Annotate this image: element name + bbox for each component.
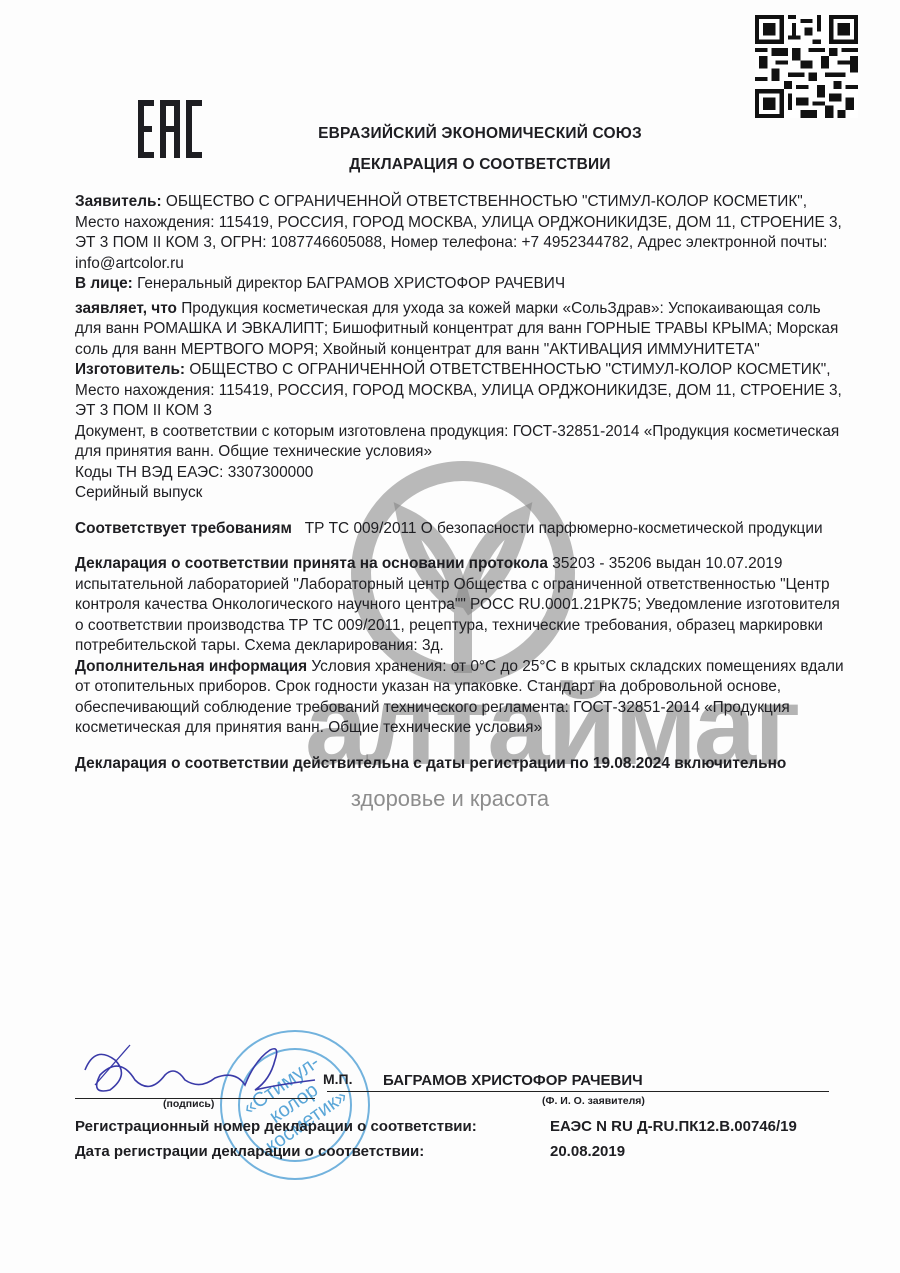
validity-statement: Декларация о соответствии действительна … [75,754,845,775]
manufacturer-text: ОБЩЕСТВО С ОГРАНИЧЕННОЙ ОТВЕТСТВЕННОСТЬЮ… [75,361,842,419]
compliance-text: ТР ТС 009/2011 О безопасности парфюмерно… [305,520,823,537]
compliance-section: Соответствует требованиям ТР ТС 009/2011… [75,519,845,540]
protocol-label: Декларация о соответствии принята на осн… [75,555,548,572]
applicant-label: Заявитель: [75,193,162,210]
additional-info-label: Дополнительная информация [75,658,307,675]
declares-text: Продукция косметическая для ухода за кож… [75,300,838,358]
declaration-body: Заявитель: ОБЩЕСТВО С ОГРАНИЧЕННОЙ ОТВЕТ… [75,192,845,774]
registration-number-label: Регистрационный номер декларации о соотв… [75,1118,477,1135]
name-caption: (Ф. И. О. заявителя) [542,1095,645,1107]
union-title: ЕВРАЗИЙСКИЙ ЭКОНОМИЧЕСКИЙ СОЮЗ [30,125,900,143]
represented-by-section: В лице: Генеральный директор БАГРАМОВ ХР… [75,274,845,295]
registration-number-value: ЕАЭС N RU Д-RU.ПК12.В.00746/19 [550,1118,797,1135]
protocol-section: Декларация о соответствии принята на осн… [75,554,845,657]
represented-by-text: Генеральный директор БАГРАМОВ ХРИСТОФОР … [137,275,565,292]
applicant-text: ОБЩЕСТВО С ОГРАНИЧЕННОЙ ОТВЕТСТВЕННОСТЬЮ… [75,193,842,272]
registration-date-label: Дата регистрации декларации о соответств… [75,1143,424,1160]
qr-code-icon[interactable] [755,15,858,118]
signer-name: БАГРАМОВ ХРИСТОФОР РАЧЕВИЧ [383,1072,643,1089]
compliance-label: Соответствует требованиям [75,520,292,537]
release-type: Серийный выпуск [75,483,845,504]
manufacturer-section: Изготовитель: ОБЩЕСТВО С ОГРАНИЧЕННОЙ ОТ… [75,360,845,422]
declaration-page: алтаймаг здоровье и красота ЕВРАЗИЙСКИЙ … [0,0,900,1273]
tn-ved-codes: Коды ТН ВЭД ЕАЭС: 3307300000 [75,463,845,484]
registration-date-value: 20.08.2019 [550,1143,625,1160]
signature-block: М.П. БАГРАМОВ ХРИСТОФОР РАЧЕВИЧ (подпись… [75,1040,835,1170]
document-basis: Документ, в соответствии с которым изгот… [75,422,845,463]
name-line [327,1091,829,1092]
stamp-mark: М.П. [323,1071,353,1087]
document-title: ДЕКЛАРАЦИЯ О СООТВЕТСТВИИ [30,156,900,174]
represented-by-label: В лице: [75,275,133,292]
signature-caption: (подпись) [163,1098,214,1110]
declares-label: заявляет, что [75,300,177,317]
applicant-section: Заявитель: ОБЩЕСТВО С ОГРАНИЧЕННОЙ ОТВЕТ… [75,192,845,274]
additional-info-section: Дополнительная информация Условия хранен… [75,657,845,739]
manufacturer-label: Изготовитель: [75,361,185,378]
watermark-slogan: здоровье и красота [300,786,600,812]
declares-section: заявляет, что Продукция косметическая дл… [75,299,845,361]
